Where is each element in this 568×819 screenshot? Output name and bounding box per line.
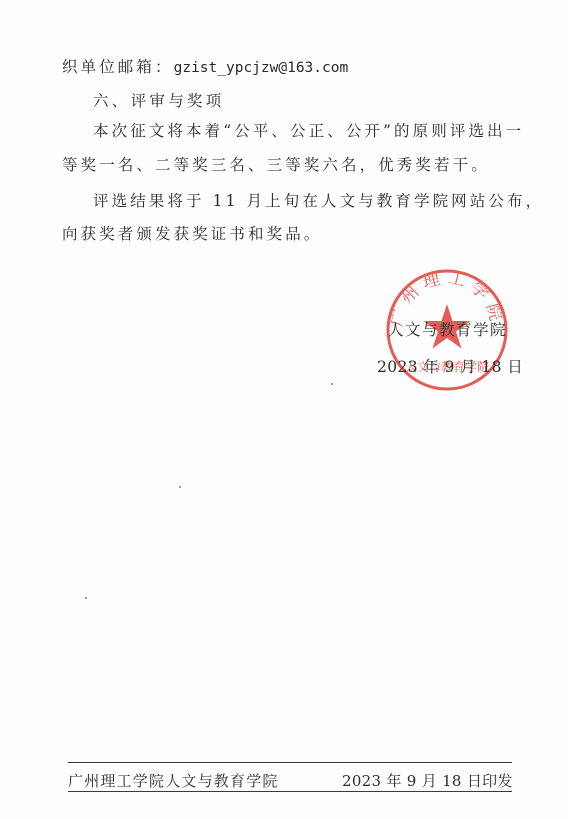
paragraph-2-line-2: 向获奖者颁发获奖证书和奖品。 bbox=[62, 224, 322, 244]
scan-speck bbox=[179, 486, 181, 488]
section-heading: 六、评审与奖项 bbox=[93, 91, 225, 111]
contact-label: 织单位邮箱： bbox=[62, 58, 174, 76]
contact-email: gzist_ypcjzw@163.com bbox=[174, 60, 349, 76]
paragraph-1-line-1: 本次征文将本着“公平、公正、公开”的原则评选出一 bbox=[93, 121, 524, 141]
signature-organization: 人文与教育学院 bbox=[388, 318, 507, 340]
footer-issuer: 广州理工学院人文与教育学院 bbox=[68, 770, 279, 791]
scan-speck bbox=[85, 597, 87, 599]
paragraph-1-line-2: 等奖一名、二等奖三名、三等奖六名，优秀奖若干。 bbox=[62, 155, 490, 175]
footer-bottom-rule bbox=[68, 791, 512, 792]
paragraph-2-line-1: 评选结果将于 11 月上旬在人文与教育学院网站公布， bbox=[93, 191, 544, 211]
scan-speck bbox=[331, 383, 333, 385]
footer-issue-date: 2023 年 9 月 18 日印发 bbox=[342, 770, 513, 791]
footer-top-rule bbox=[68, 762, 512, 763]
document-page: 织单位邮箱：gzist_ypcjzw@163.com 六、评审与奖项 本次征文将… bbox=[0, 0, 568, 819]
contact-email-line: 织单位邮箱：gzist_ypcjzw@163.com bbox=[62, 57, 348, 78]
signature-date: 2023 年 9 月 18 日 bbox=[377, 355, 523, 377]
